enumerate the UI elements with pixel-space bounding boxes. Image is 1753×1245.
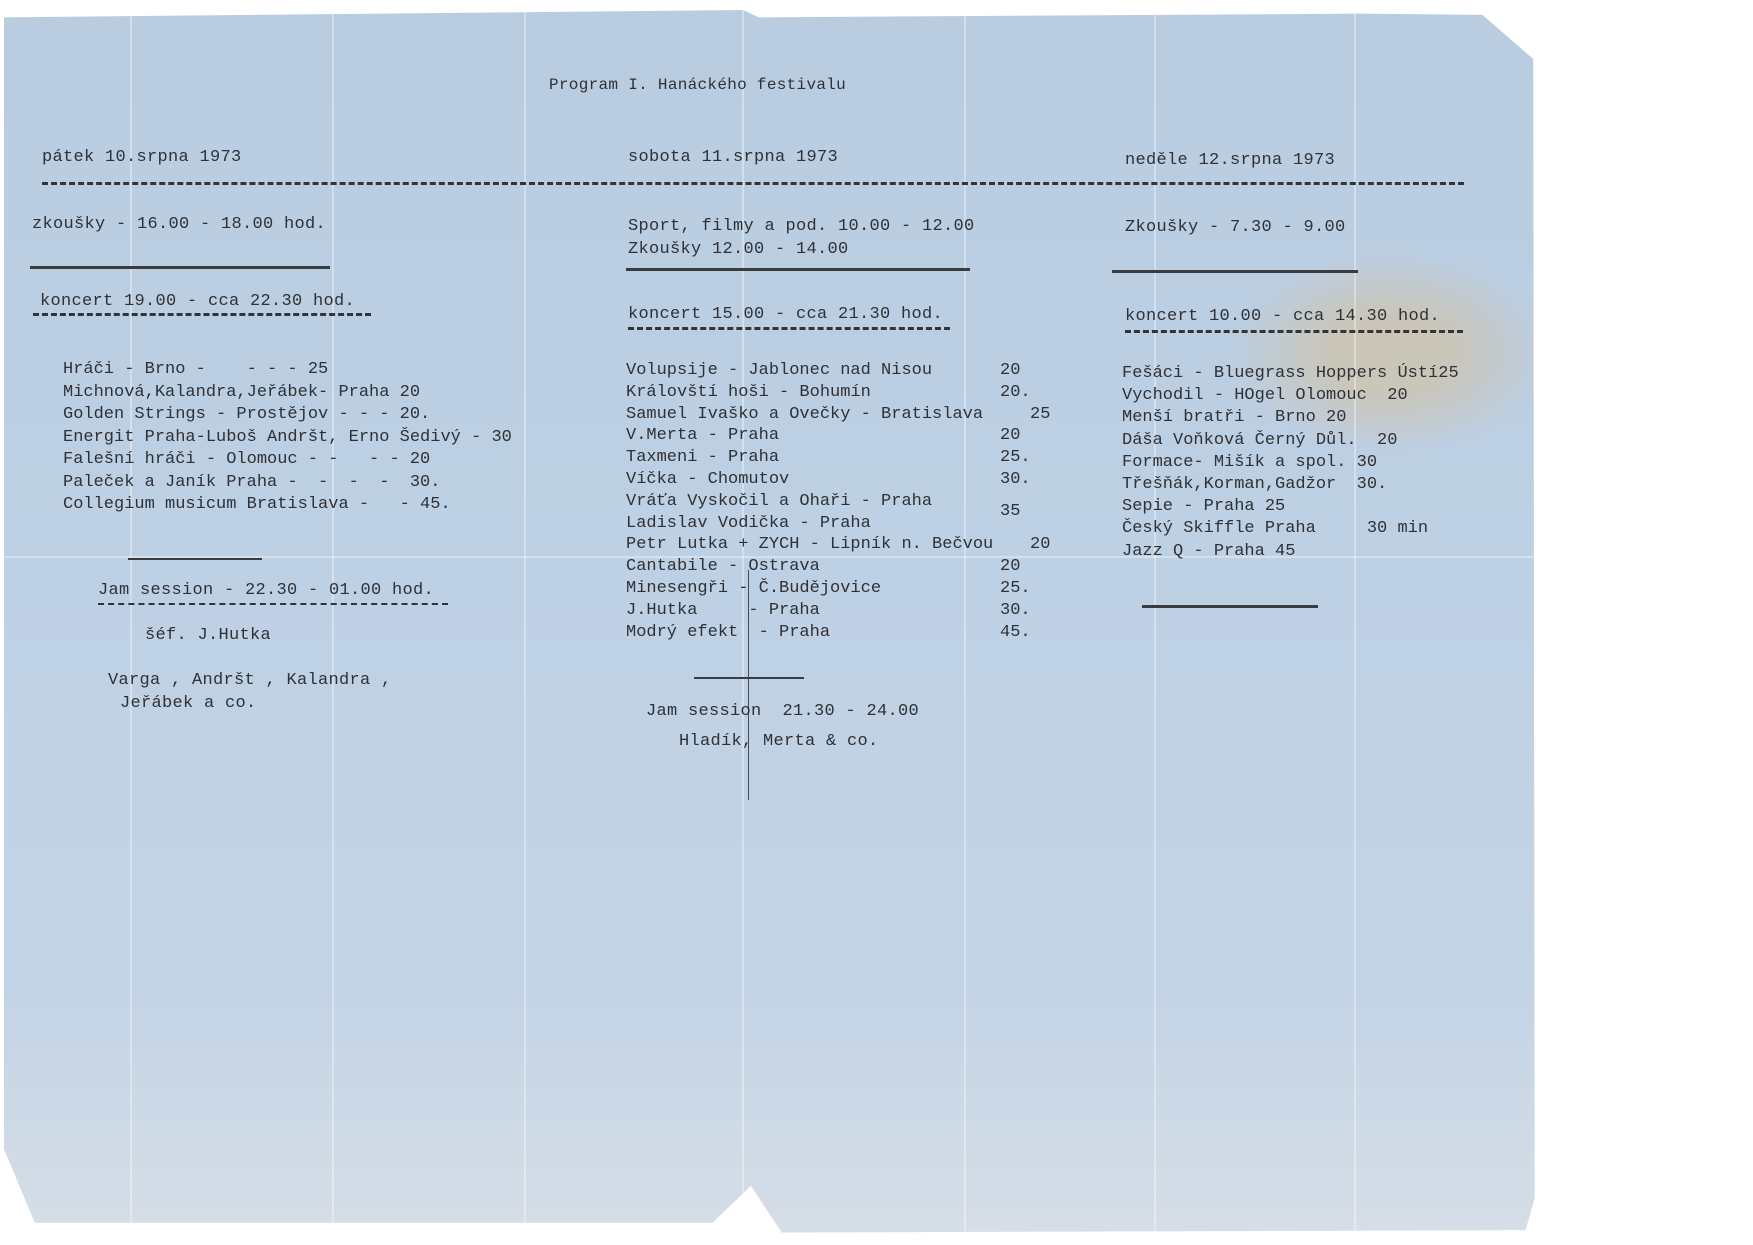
sunday-concert-underline bbox=[1125, 330, 1463, 333]
lineup-act: Paleček a Janík Praha - - - - 30. bbox=[63, 473, 440, 492]
act-duration: 45. bbox=[1000, 623, 1031, 642]
act-duration: 30. bbox=[1000, 470, 1031, 489]
lineup-act: Třešňák,Korman,Gadžor 30. bbox=[1122, 475, 1387, 494]
lineup-act: Víčka - Chomutov bbox=[626, 470, 789, 489]
lineup-act: Michnová,Kalandra,Jeřábek- Praha 20 bbox=[63, 383, 420, 402]
act-duration: 25. bbox=[1000, 448, 1031, 467]
lineup-act: V.Merta - Praha bbox=[626, 426, 779, 445]
friday-jam-leader: šéf. J.Hutka bbox=[145, 626, 271, 645]
saturday-rehearsal: Zkoušky 12.00 - 14.00 bbox=[628, 240, 849, 259]
saturday-rehearsal-rule bbox=[626, 268, 970, 271]
lineup-act: Cantabile - Ostrava bbox=[626, 557, 820, 576]
friday-jam-underline bbox=[98, 603, 448, 605]
act-duration: 20 bbox=[1030, 535, 1050, 554]
friday-concert-heading: koncert 19.00 - cca 22.30 hod. bbox=[40, 292, 355, 311]
friday-rehearsal: zkoušky - 16.00 - 18.00 hod. bbox=[32, 215, 326, 234]
lineup-act: Taxmeni - Praha bbox=[626, 448, 779, 467]
lineup-act: Energit Praha-Luboš Andršt, Erno Šedivý … bbox=[63, 428, 512, 447]
document-title: Program I. Hanáckého festivalu bbox=[549, 76, 846, 94]
friday-concert-underline bbox=[33, 313, 371, 316]
lineup-act: Volupsije - Jablonec nad Nisou bbox=[626, 361, 932, 380]
sunday-rehearsal: Zkoušky - 7.30 - 9.00 bbox=[1125, 218, 1346, 237]
saturday-concert-underline bbox=[628, 327, 950, 330]
friday-jam-players-1: Varga , Andršt , Kalandra , bbox=[108, 671, 392, 690]
lineup-act: J.Hutka - Praha bbox=[626, 601, 820, 620]
friday-jam-session: Jam session - 22.30 - 01.00 hod. bbox=[98, 581, 434, 600]
lineup-act: Jazz Q - Praha 45 bbox=[1122, 542, 1295, 561]
day-header-saturday: sobota 11.srpna 1973 bbox=[628, 148, 838, 167]
friday-jam-players-2: Jeřábek a co. bbox=[120, 694, 257, 713]
saturday-concert-heading: koncert 15.00 - cca 21.30 hod. bbox=[628, 305, 943, 324]
day-header-sunday: neděle 12.srpna 1973 bbox=[1125, 151, 1335, 170]
act-duration: 20 bbox=[1000, 557, 1020, 576]
sunday-concert-heading: koncert 10.00 - cca 14.30 hod. bbox=[1125, 307, 1440, 326]
saturday-jam-rule bbox=[694, 677, 804, 679]
saturday-jam-players: Hladík, Merta & co. bbox=[679, 732, 879, 751]
act-duration: 25. bbox=[1000, 579, 1031, 598]
lineup-act: Královští hoši - Bohumín bbox=[626, 383, 871, 402]
lineup-act: Menší bratři - Brno 20 bbox=[1122, 408, 1346, 427]
lineup-act: Petr Lutka + ZYCH - Lipník n. Bečvou bbox=[626, 535, 993, 554]
lineup-act: Modrý efekt - Praha bbox=[626, 623, 830, 642]
act-duration: 25 bbox=[1030, 405, 1050, 424]
act-duration: 20 bbox=[1000, 361, 1020, 380]
lineup-act: Ladislav Vodička - Praha bbox=[626, 514, 871, 533]
act-duration: 20 bbox=[1000, 426, 1020, 445]
day-header-friday: pátek 10.srpna 1973 bbox=[42, 148, 242, 167]
friday-jam-rule bbox=[128, 558, 262, 560]
sunday-rehearsal-rule bbox=[1112, 270, 1358, 273]
lineup-act: Hráči - Brno - - - - 25 bbox=[63, 360, 328, 379]
lineup-act: Sepie - Praha 25 bbox=[1122, 497, 1285, 516]
lineup-act: Dáša Voňková Černý Důl. 20 bbox=[1122, 431, 1397, 450]
sunday-closing-rule bbox=[1142, 605, 1318, 608]
act-duration: 35 bbox=[1000, 502, 1020, 521]
lineup-act: Formace- Mišík a spol. 30 bbox=[1122, 453, 1377, 472]
friday-rehearsal-rule bbox=[30, 266, 330, 269]
lineup-act: Minesengři - Č.Budějovice bbox=[626, 579, 881, 598]
saturday-sport: Sport, filmy a pod. 10.00 - 12.00 bbox=[628, 217, 975, 236]
lineup-act: Collegium musicum Bratislava - - 45. bbox=[63, 495, 451, 514]
act-duration: 20. bbox=[1000, 383, 1031, 402]
lineup-act: Falešní hráči - Olomouc - - - - 20 bbox=[63, 450, 430, 469]
saturday-jam-session: Jam session 21.30 - 24.00 bbox=[646, 702, 919, 721]
act-duration: 30. bbox=[1000, 601, 1031, 620]
lineup-act: Český Skiffle Praha 30 min bbox=[1122, 519, 1428, 538]
lineup-act: Vychodil - HOgel Olomouc 20 bbox=[1122, 386, 1408, 405]
lineup-act: Fešáci - Bluegrass Hoppers Ústí25 bbox=[1122, 364, 1459, 383]
lineup-act: Vráťa Vyskočil a Ohaři - Praha bbox=[626, 492, 932, 511]
lineup-act: Golden Strings - Prostějov - - - 20. bbox=[63, 405, 430, 424]
lineup-act: Samuel Ivaško a Ovečky - Bratislava bbox=[626, 405, 983, 424]
header-divider bbox=[42, 182, 1464, 185]
